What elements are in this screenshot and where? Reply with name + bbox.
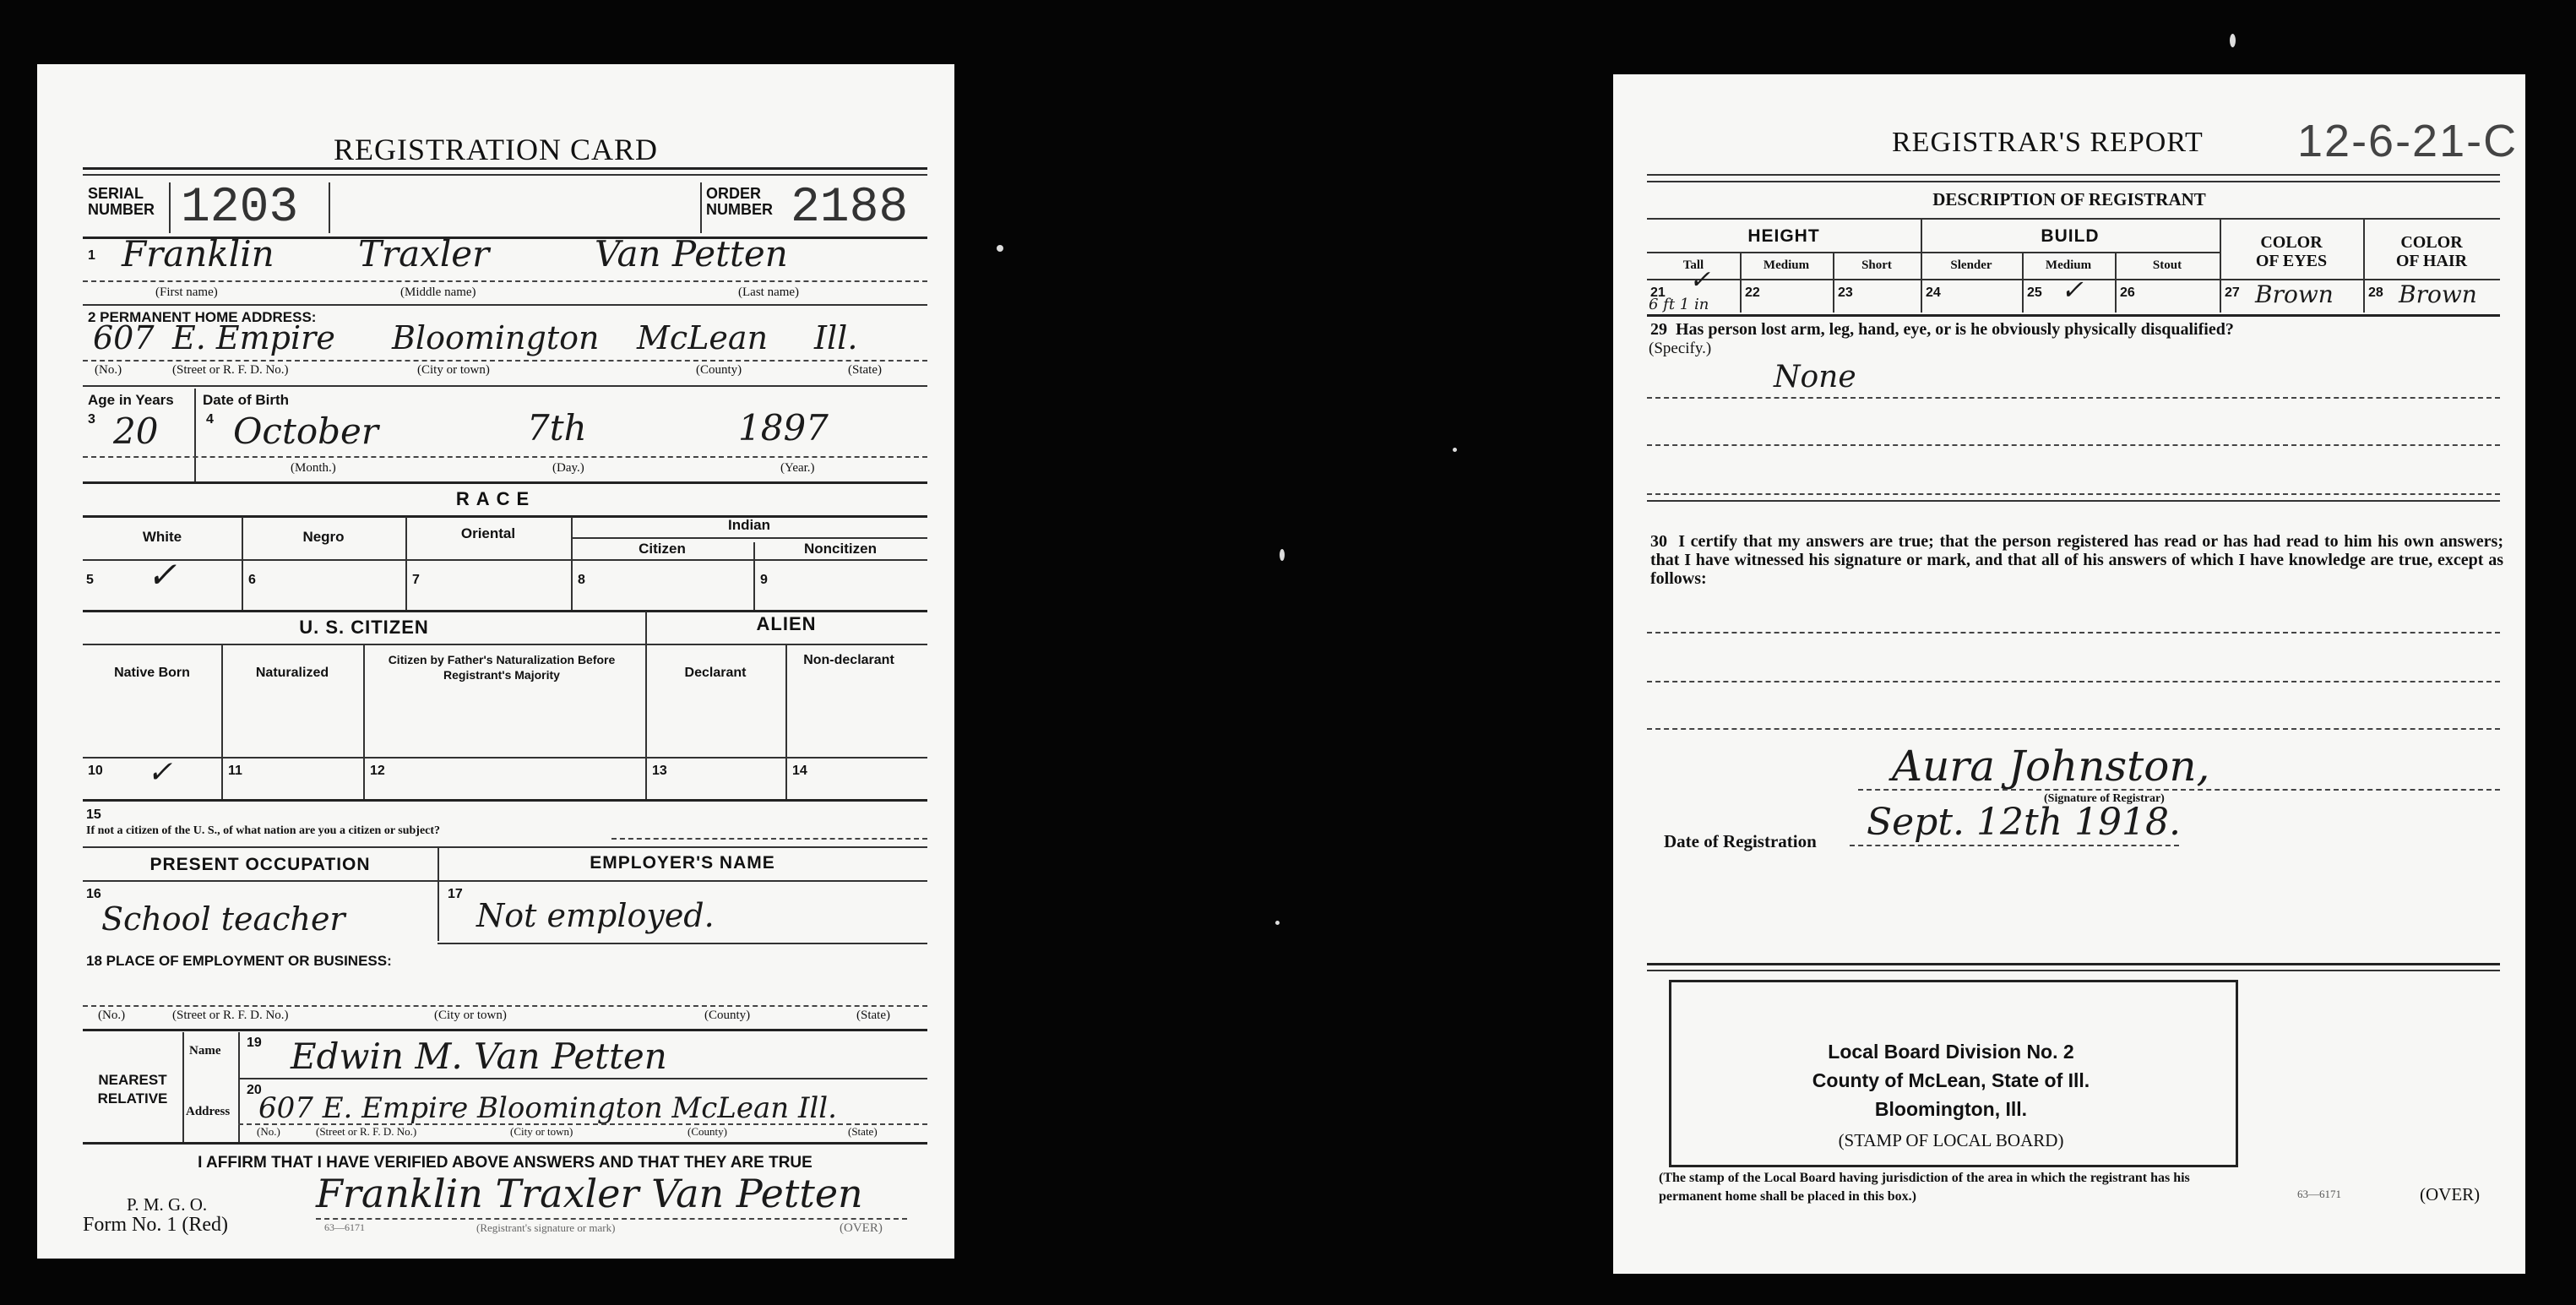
dob-day: 7th bbox=[527, 407, 587, 449]
build-medium-check: ✓ bbox=[2061, 274, 2084, 306]
alien-title: ALIEN bbox=[645, 613, 927, 635]
employer-header: EMPLOYER'S NAME bbox=[437, 853, 927, 873]
film-speck bbox=[2230, 34, 2236, 47]
dob-month: October bbox=[233, 411, 378, 452]
hair-color-value: Brown bbox=[2399, 280, 2477, 308]
relative-address-value: 607 E. Empire Bloomington McLean Ill. bbox=[258, 1091, 837, 1125]
serial-number-label: SERIALNUMBER bbox=[88, 186, 155, 218]
height-tall-check: ✓ bbox=[1689, 265, 1710, 295]
date-of-registration-label: Date of Registration bbox=[1664, 831, 1817, 852]
affirmation-text: I AFFIRM THAT I HAVE VERIFIED ABOVE ANSW… bbox=[83, 1154, 927, 1172]
occupation-value: School teacher bbox=[101, 900, 345, 938]
first-name-value: Franklin bbox=[122, 233, 274, 275]
us-citizen-title: U. S. CITIZEN bbox=[83, 617, 645, 639]
film-speck bbox=[1275, 921, 1280, 925]
report-title: REGISTRAR'S REPORT bbox=[1892, 127, 2204, 159]
order-number-value: 2188 bbox=[791, 181, 908, 236]
race-title: RACE bbox=[37, 488, 954, 510]
place-of-employment-label: 18 PLACE OF EMPLOYMENT OR BUSINESS: bbox=[86, 953, 392, 970]
height-note: 6 ft 1 in bbox=[1649, 296, 1709, 313]
registrar-signature: Aura Johnston, bbox=[1892, 742, 2209, 791]
middle-name-value: Traxler bbox=[358, 233, 489, 275]
film-speck bbox=[1453, 448, 1457, 452]
film-speck bbox=[1280, 549, 1285, 561]
registration-card-front: REGISTRATION CARD SERIALNUMBER 1203 ORDE… bbox=[37, 64, 954, 1259]
order-number-label: ORDERNUMBER bbox=[706, 186, 773, 218]
description-title: DESCRIPTION OF REGISTRANT bbox=[1613, 189, 2525, 210]
report-code: 12-6-21-C bbox=[2297, 115, 2518, 167]
date-of-registration-value: Sept. 12th 1918. bbox=[1867, 801, 2181, 844]
native-born-check: ✓ bbox=[147, 755, 172, 790]
registrant-signature: Franklin Traxler Van Petten bbox=[316, 1171, 863, 1216]
film-speck bbox=[997, 245, 1003, 252]
registrars-report-back: REGISTRAR'S REPORT 12-6-21-C DESCRIPTION… bbox=[1613, 74, 2525, 1274]
q29-question: 29 Has person lost arm, leg, hand, eye, … bbox=[1650, 319, 2234, 340]
race-white-check: ✓ bbox=[147, 554, 177, 595]
q29-answer: None bbox=[1774, 360, 1856, 394]
serial-number-value: 1203 bbox=[181, 181, 298, 236]
local-board-stamp: Local Board Division No. 2 County of McL… bbox=[1669, 1037, 2233, 1123]
form-id: P. M. G. O. Form No. 1 (Red) bbox=[83, 1194, 228, 1235]
employer-value: Not employed. bbox=[476, 897, 715, 934]
dob-year: 1897 bbox=[738, 407, 829, 449]
last-name-value: Van Petten bbox=[595, 233, 788, 275]
age-value: 20 bbox=[113, 411, 158, 452]
occupation-header: PRESENT OCCUPATION bbox=[83, 855, 437, 875]
q15-question: If not a citizen of the U. S., of what n… bbox=[86, 824, 440, 838]
relative-name-value: Edwin M. Van Petten bbox=[291, 1036, 667, 1077]
nearest-relative-label: NEARESTRELATIVE bbox=[83, 1071, 182, 1108]
q30-certification: 30 I certify that my answers are true; t… bbox=[1650, 532, 2503, 588]
stamp-label: (STAMP OF LOCAL BOARD) bbox=[1669, 1130, 2233, 1151]
stamp-note: (The stamp of the Local Board having jur… bbox=[1659, 1169, 2250, 1206]
eye-color-value: Brown bbox=[2255, 280, 2334, 308]
card-title: REGISTRATION CARD bbox=[37, 132, 954, 167]
